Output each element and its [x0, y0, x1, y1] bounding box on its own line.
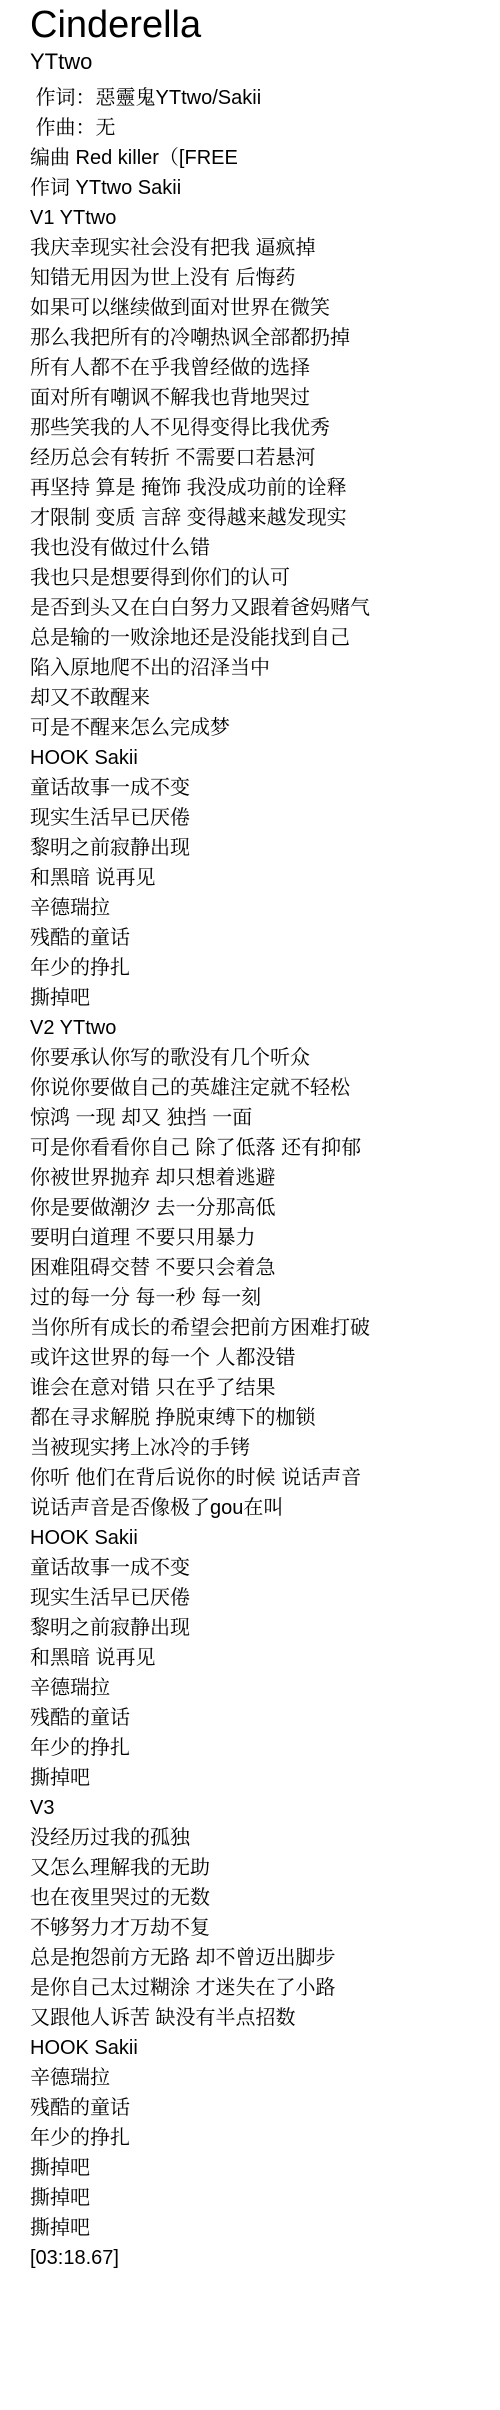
lyric-line: 撕掉吧: [30, 2183, 482, 2213]
lyric-line: 困难阻碍交替 不要只会着急: [30, 1253, 482, 1283]
lyric-line: 或许这世界的每一个 人都没错: [30, 1343, 482, 1373]
lyric-line: 过的每一分 每一秒 每一刻: [30, 1283, 482, 1313]
lyric-line: 年少的挣扎: [30, 1733, 482, 1763]
lyric-line: 现实生活早已厌倦: [30, 803, 482, 833]
lyric-line: 残酷的童话: [30, 1703, 482, 1733]
lyric-line: 黎明之前寂静出现: [30, 833, 482, 863]
lyric-line: 可是你看看你自己 除了低落 还有抑郁: [30, 1133, 482, 1163]
lyric-line: 辛德瑞拉: [30, 893, 482, 923]
lyric-line: 谁会在意对错 只在乎了结果: [30, 1373, 482, 1403]
lyric-line: 也在夜里哭过的无数: [30, 1883, 482, 1913]
lyric-line: 面对所有嘲讽不解我也背地哭过: [30, 383, 482, 413]
lyric-line: 我也没有做过什么错: [30, 533, 482, 563]
lyric-line: HOOK Sakii: [30, 743, 482, 773]
lyric-line: 黎明之前寂静出现: [30, 1613, 482, 1643]
lyric-line: 没经历过我的孤独: [30, 1823, 482, 1853]
lyric-line: 那么我把所有的冷嘲热讽全部都扔掉: [30, 323, 482, 353]
lyric-line: 和黑暗 说再见: [30, 863, 482, 893]
lyric-line: HOOK Sakii: [30, 1523, 482, 1553]
lyric-line: 我也只是想要得到你们的认可: [30, 563, 482, 593]
lyric-line: 你要承认你写的歌没有几个听众: [30, 1043, 482, 1073]
lyric-line: 不够努力才万劫不复: [30, 1913, 482, 1943]
lyric-line: 又怎么理解我的无助: [30, 1853, 482, 1883]
lyric-line: 当你所有成长的希望会把前方困难打破: [30, 1313, 482, 1343]
lyric-line: 你是要做潮汐 去一分那高低: [30, 1193, 482, 1223]
lyrics-page: Cinderella YTtwo 作词：惡靈鬼YTtwo/Sakii 作曲：无编…: [0, 0, 500, 2273]
lyric-line: 总是抱怨前方无路 却不曾迈出脚步: [30, 1943, 482, 1973]
lyric-line: 说话声音是否像极了gou在叫: [30, 1493, 482, 1523]
lyric-line: 编曲 Red killer（[FREE: [30, 143, 482, 173]
lyric-line: V2 YTtwo: [30, 1013, 482, 1043]
lyric-line: 残酷的童话: [30, 923, 482, 953]
lyric-line: 你听 他们在背后说你的时候 说话声音: [30, 1463, 482, 1493]
lyric-line: 所有人都不在乎我曾经做的选择: [30, 353, 482, 383]
lyric-line: 撕掉吧: [30, 2153, 482, 2183]
lyric-line: 辛德瑞拉: [30, 1673, 482, 1703]
lyric-line: 才限制 变质 言辞 变得越来越发现实: [30, 503, 482, 533]
lyric-line: 惊鸿 一现 却又 独挡 一面: [30, 1103, 482, 1133]
lyric-line: 年少的挣扎: [30, 2123, 482, 2153]
lyric-line: 又跟他人诉苦 缺没有半点招数: [30, 2003, 482, 2033]
lyric-line: HOOK Sakii: [30, 2033, 482, 2063]
lyric-line: 知错无用因为世上没有 后悔药: [30, 263, 482, 293]
lyric-line: 作词：惡靈鬼YTtwo/Sakii: [30, 83, 482, 113]
lyric-line: 现实生活早已厌倦: [30, 1583, 482, 1613]
song-title: Cinderella: [30, 2, 482, 48]
artist-name: YTtwo: [30, 49, 482, 75]
lyric-line: 你被世界抛弃 却只想着逃避: [30, 1163, 482, 1193]
lyric-line: 是否到头又在白白努力又跟着爸妈赌气: [30, 593, 482, 623]
lyric-line: 可是不醒来怎么完成梦: [30, 713, 482, 743]
lyric-line: 你说你要做自己的英雄注定就不轻松: [30, 1073, 482, 1103]
lyric-line: 却又不敢醒来: [30, 683, 482, 713]
lyric-line: [03:18.67]: [30, 2243, 482, 2273]
lyrics-body: 作词：惡靈鬼YTtwo/Sakii 作曲：无编曲 Red killer（[FRE…: [30, 83, 482, 2273]
lyric-line: 经历总会有转折 不需要口若悬河: [30, 443, 482, 473]
lyric-line: 童话故事一成不变: [30, 773, 482, 803]
lyric-line: 是你自己太过糊涂 才迷失在了小路: [30, 1973, 482, 2003]
lyric-line: 那些笑我的人不见得变得比我优秀: [30, 413, 482, 443]
lyric-line: 撕掉吧: [30, 2213, 482, 2243]
lyric-line: 如果可以继续做到面对世界在微笑: [30, 293, 482, 323]
lyric-line: 要明白道理 不要只用暴力: [30, 1223, 482, 1253]
lyric-line: 年少的挣扎: [30, 953, 482, 983]
lyric-line: 再坚持 算是 掩饰 我没成功前的诠释: [30, 473, 482, 503]
lyric-line: 当被现实拷上冰冷的手铐: [30, 1433, 482, 1463]
lyric-line: 撕掉吧: [30, 983, 482, 1013]
lyric-line: 撕掉吧: [30, 1763, 482, 1793]
lyric-line: 作词 YTtwo Sakii: [30, 173, 482, 203]
lyric-line: 童话故事一成不变: [30, 1553, 482, 1583]
lyric-line: 残酷的童话: [30, 2093, 482, 2123]
lyric-line: 辛德瑞拉: [30, 2063, 482, 2093]
lyric-line: 总是输的一败涂地还是没能找到自己: [30, 623, 482, 653]
lyric-line: 都在寻求解脱 挣脱束缚下的枷锁: [30, 1403, 482, 1433]
lyric-line: 我庆幸现实社会没有把我 逼疯掉: [30, 233, 482, 263]
lyric-line: 陷入原地爬不出的沼泽当中: [30, 653, 482, 683]
lyric-line: V3: [30, 1793, 482, 1823]
lyric-line: V1 YTtwo: [30, 203, 482, 233]
lyric-line: 作曲：无: [30, 113, 482, 143]
lyric-line: 和黑暗 说再见: [30, 1643, 482, 1673]
